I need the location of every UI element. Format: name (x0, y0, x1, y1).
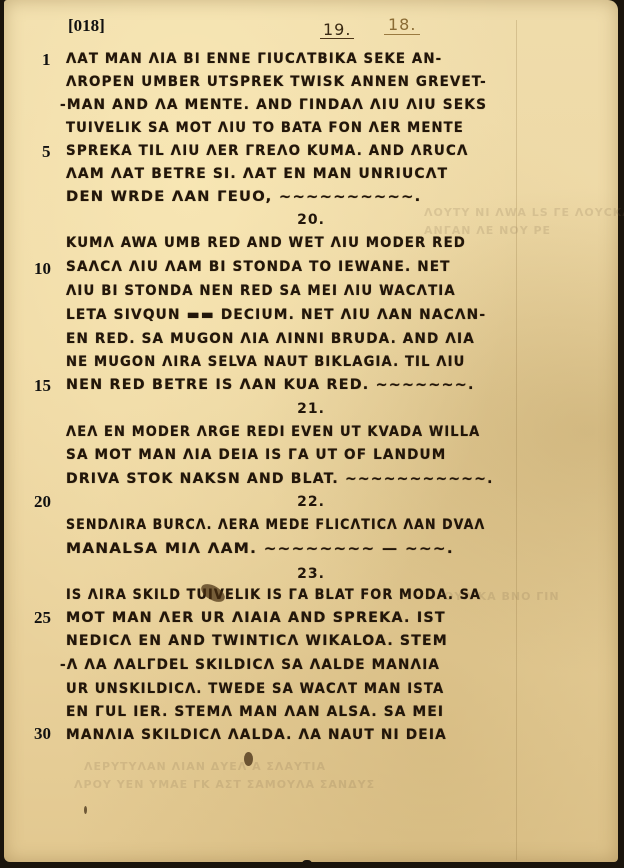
section-heading: 21. (4, 401, 618, 417)
ink-stain (244, 752, 253, 766)
text-line: NEN RED BETRE IS ΛΑΝ KUA RED. ~~~~~~~. (66, 377, 475, 393)
text-line: EN RED. SA MUGON ΛΙΑ ΛΙΝΝΙ BRUDA. AND ΛΙ… (66, 331, 475, 347)
page-number: 19. (320, 22, 354, 39)
text-line: ΛΙU BI STONDA NEN RED SA MEI ΛΙU WACΛΤΙΑ (66, 283, 456, 299)
text-line: DRIVA STOK NAKSN AND BLAT. ~~~~~~~~~~~. (66, 471, 494, 487)
show-through-text: ΛΡΟΥ ΥΕΝ ΥΜΑΕ ΓΚ ΑΣΤ ΣΑΜΟΥΛΑ ΣΑΝΔΥΣ (74, 778, 375, 791)
show-through-text: ΛΕΡΥΤΥΛΑΝ ΛΙΑΝ ΔΥΕΛ Α ΣΛΑΥΤΙΑ (84, 760, 326, 773)
line-number: 5 (42, 142, 51, 162)
text-line: ΛΑΜ ΛΑΤ BETRE SI. ΛΑΤ EN MAN UNRIUCΛΤ (66, 166, 448, 182)
text-line: MANΛΙΑ SKILDICΛ ΛΑLDA. ΛΑ NAUT NI DEIA (66, 727, 447, 743)
line-number: 30 (34, 724, 51, 744)
text-line: SPREKA TIL ΛΙU ΛER ΓREΛO KUMA. AND ΛRUCΛ (66, 143, 469, 159)
text-line: MANALSA MIΛ ΛΑΜ. ~~~~~~~~ — ~~~. (66, 541, 454, 557)
text-line: ΛΑΤ ΜΑΝ ΛΙΑ ΒΙ ΕΝΝΕ ΓΙUCΛΤΒΙΚΑ SEKE ΑΝ- (66, 51, 442, 67)
text-line: ΛEΛ EN MODER ΛRGE REDI EVEN UT KVADA WIL… (66, 424, 480, 440)
text-line: ΛROPEN UMBER UTSPREK TWISK ANNEN GREVET- (66, 74, 487, 90)
text-line: MOT MAN ΛER UR ΛΙΑΙΑ AND SPREKA. IST (66, 610, 446, 626)
page-number-alternate: 18. (384, 16, 420, 35)
background-edge (0, 780, 4, 820)
text-line: KUMΛ AWA UMB RED AND WET ΛΙU MODER RED (66, 235, 466, 251)
text-line: TUIVELIK SA MOT ΛΙU TO BATA FON ΛER MENT… (66, 120, 464, 136)
text-line: SENDΛΙRA BURCΛ. ΛERA MEDE FLICΛTICΛ ΛΑΝ … (66, 517, 485, 533)
line-number: 1 (42, 50, 51, 70)
section-heading: 22. (4, 494, 618, 510)
text-line: NE MUGON ΛΙRA SELVA NAUT BIKLAGIA. TIL Λ… (66, 354, 465, 370)
text-line: SAΛCΛ ΛΙU ΛΑΜ BI STONDA TO IEWANE. NET (66, 259, 451, 275)
text-line: EN ΓUL IER. STEMΛ MAN ΛΑΝ ALSA. SA MEI (66, 704, 444, 720)
line-number: 25 (34, 608, 51, 628)
text-line: LETA SIVQUN ▬▬ DECIUM. NET ΛΙU ΛΑΝ NACΛΝ… (66, 307, 486, 323)
ink-speck (84, 806, 87, 814)
section-heading: 23. (4, 566, 618, 582)
background-edge (302, 860, 312, 868)
text-line: NEDICΛ EN AND TWINTICΛ WIKALOA. STEM (66, 633, 448, 649)
text-line: -Λ ΛΑ ΛΑLΓDEL SKILDICΛ SA ΛΑLDE MANΛΙΑ (60, 657, 440, 673)
text-line: SA MOT MAN ΛΙΑ DEIA IS ΓΑ UT OF LANDUM (66, 447, 446, 463)
section-heading: 20. (4, 212, 618, 228)
line-number: 15 (34, 376, 51, 396)
fold-line (516, 20, 517, 860)
manuscript-page: ΛΟΥΤΥ ΝΙ ΛWA LS ΓΕ ΛΟΥCΚΑ ΑΣ ΕΛΛΑ ΑΝΓΑΝ … (4, 0, 618, 862)
line-number: 10 (34, 259, 51, 279)
text-line: IS ΛΙRA SKILD TUIVELIK IS ΓΑ BLAT FOR MO… (66, 587, 481, 603)
folio-label: [018] (68, 16, 105, 36)
text-line: UR UNSKILDICΛ. TWEDE SA WACΛΤ MAN ISTA (66, 681, 444, 697)
text-line: -MAN AND ΛΑ MENTE. AND ΓΙΝDAΛ ΛΙU ΛΙU SE… (60, 97, 487, 113)
text-line: DEN WRDE ΛΑΝ ΓΕUO, ~~~~~~~~~~. (66, 189, 422, 205)
